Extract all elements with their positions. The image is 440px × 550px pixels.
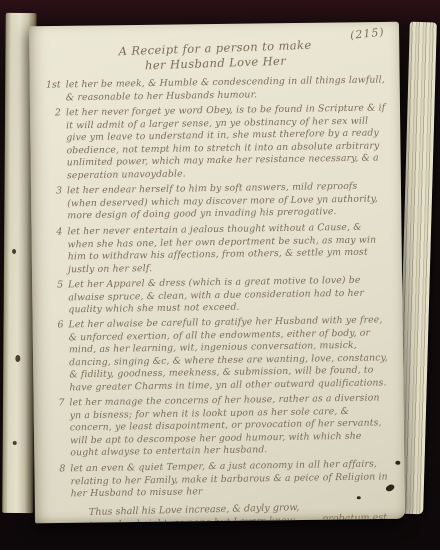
item-text: Let her alwaise be carefull to gratifye … xyxy=(68,314,389,394)
recipe-item: 8 let an even & quiet Temper, & a just a… xyxy=(50,458,391,501)
item-number: 5 xyxy=(48,279,64,317)
item-text: let her never forget ye word Obey, is to… xyxy=(66,102,387,182)
item-text: let an even & quiet Temper, & a just aco… xyxy=(70,458,391,501)
age-spot xyxy=(12,249,16,254)
recipe-items: 1st let her be meek, & Humble & condesce… xyxy=(46,75,391,500)
closing-couplet: Thus shall his Love increase, & dayly gr… xyxy=(51,499,392,523)
ink-blot xyxy=(395,461,400,465)
recipe-item: 6 Let her alwaise be carefull to gratify… xyxy=(48,314,389,394)
item-number: 2 xyxy=(46,107,62,182)
photo-of-manuscript: (215) A Receipt for a person to make her… xyxy=(0,0,440,550)
ink-blot xyxy=(357,496,361,499)
recipe-item: 4 let her never entertain a jealous thou… xyxy=(47,221,388,276)
recipe-item: 2 let her never forget ye word Obey, is … xyxy=(46,102,387,182)
item-text: let her endear herself to him by soft an… xyxy=(67,180,388,223)
item-text: let her never entertain a jealous though… xyxy=(67,221,388,276)
item-number: 4 xyxy=(47,226,63,276)
item-number: 3 xyxy=(47,185,63,223)
recipe-item: 7 let her manage the concerns of her hou… xyxy=(49,392,390,460)
item-text: let her be meek, & Humble & condescendin… xyxy=(66,74,386,104)
manuscript-page: (215) A Receipt for a person to make her… xyxy=(29,22,405,523)
age-spot xyxy=(13,441,17,445)
item-number: 1st xyxy=(46,79,61,104)
recipe-title: A Receipt for a person to make her Husba… xyxy=(45,35,386,75)
item-text: Let her Apparel & dress (which is a grea… xyxy=(68,274,389,317)
recipe-item: 1st let her be meek, & Humble & condesce… xyxy=(46,74,386,104)
item-number: 7 xyxy=(49,397,65,460)
age-spot xyxy=(15,355,20,362)
recipe-item: 3 let her endear herself to him by soft … xyxy=(47,180,388,223)
probatum-note: probatum est xyxy=(322,511,387,523)
item-number: 6 xyxy=(48,319,64,394)
item-number: 8 xyxy=(50,463,66,501)
recipe-item: 5 Let her Apparel & dress (which is a gr… xyxy=(48,274,389,317)
item-text: let her manage the concerns of her house… xyxy=(69,392,390,460)
